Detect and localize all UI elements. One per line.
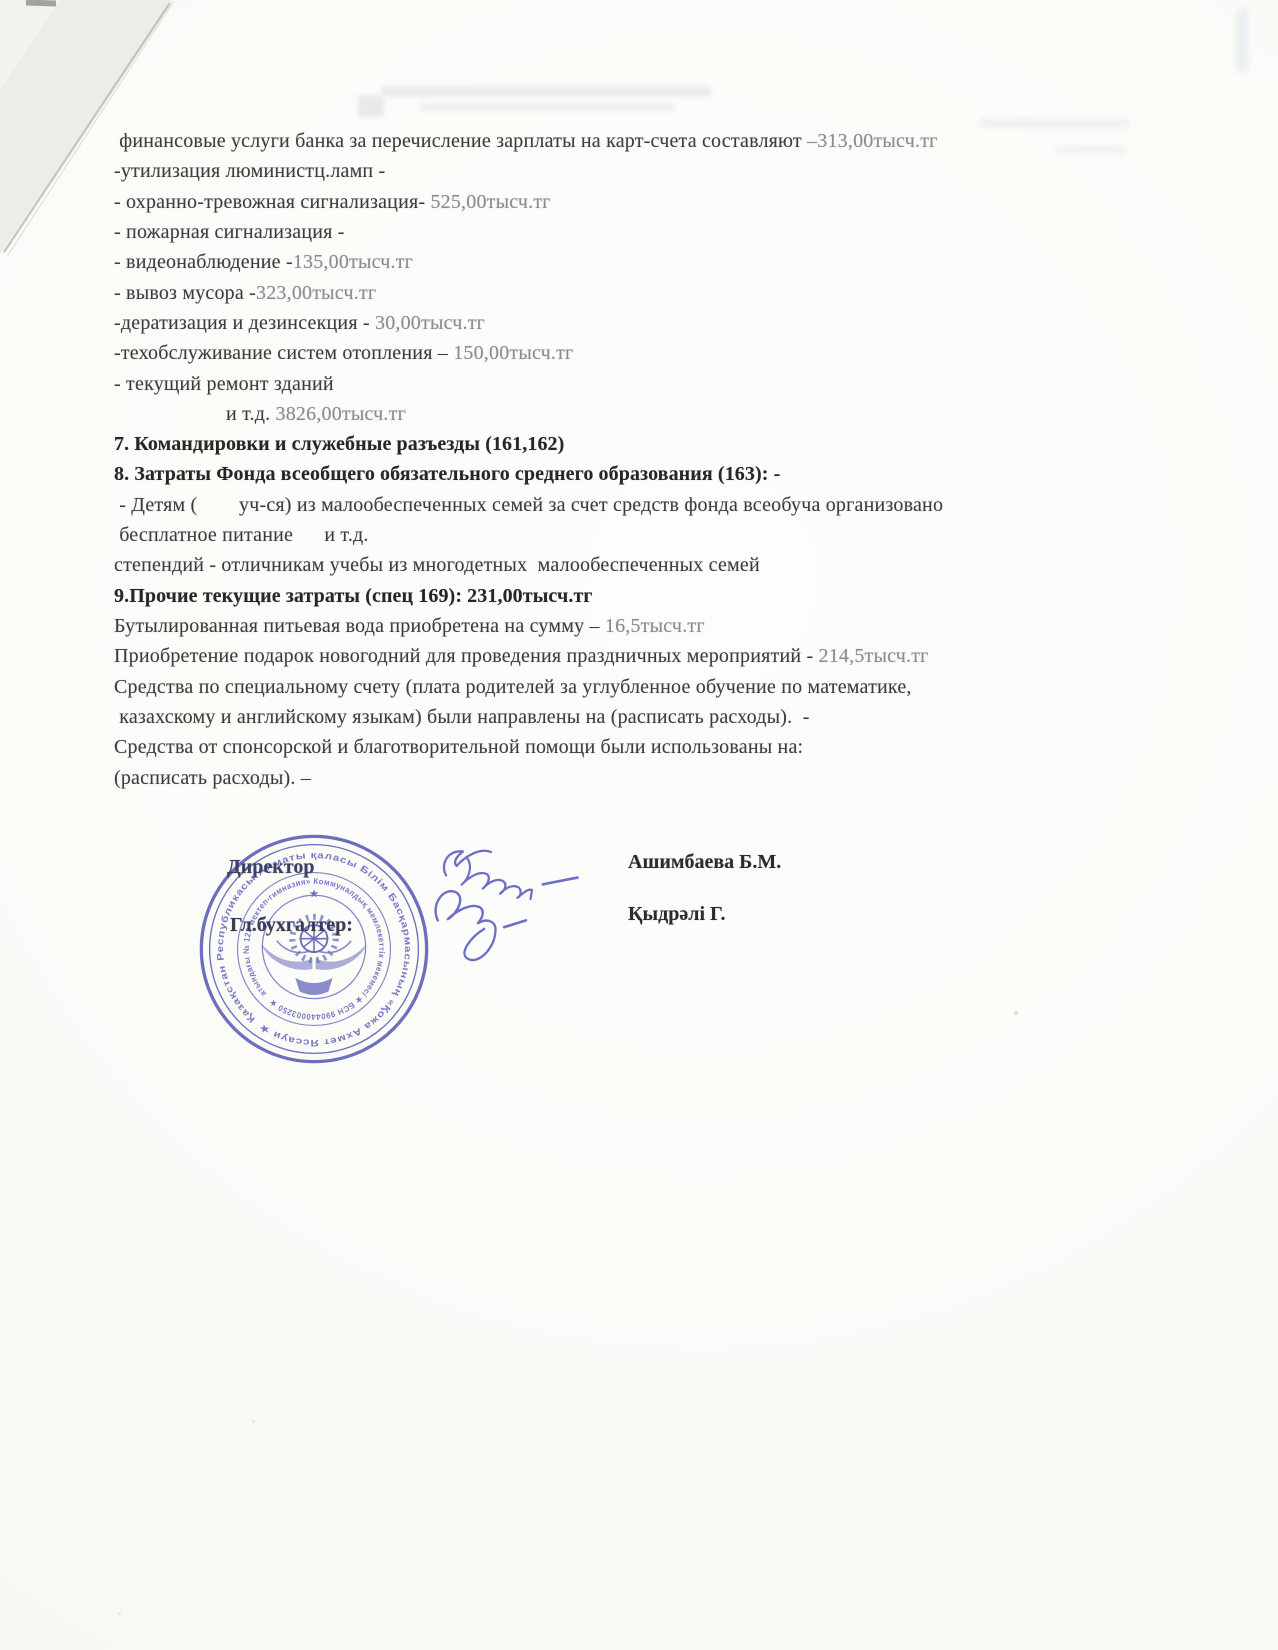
line-text: 8. Затраты Фонда всеобщего обязательного… (114, 463, 780, 485)
line-text: - охранно-тревожная сигнализация- (114, 191, 430, 213)
document-line: - пожарная сигнализация - (114, 217, 974, 247)
amount-text: 525,00тысч.тг (430, 191, 550, 213)
coat-of-arms-emblem: ★ (262, 888, 365, 995)
line-text: - пожарная сигнализация - (114, 221, 345, 243)
document-line: 9.Прочие текущие затраты (спец 169): 231… (114, 581, 974, 611)
document-line: 8. Затраты Фонда всеобщего обязательного… (114, 459, 974, 489)
line-text: - вывоз мусора - (114, 282, 256, 304)
document-line: и т.д. 3826,00тысч.тг (114, 399, 974, 429)
line-text: бесплатное питание и т.д. (114, 524, 369, 546)
line-text: и т.д. (226, 403, 276, 425)
accountant-label: Гл.бухгалтер: (230, 914, 353, 937)
line-text: (расписать расходы). – (114, 767, 311, 789)
document-line: финансовые услуги банка за перечисление … (114, 126, 974, 156)
scan-streak (1236, 8, 1249, 72)
line-text: финансовые услуги банка за перечисление … (114, 130, 807, 152)
scan-smudge (26, 0, 56, 7)
director-name: Ашимбаева Б.М. (628, 851, 781, 874)
line-text: - Детям ( уч-ся) из малообеспеченных сем… (114, 494, 943, 516)
ghost-text (980, 118, 1130, 128)
amount-text: 135,00тысч.тг (293, 251, 413, 273)
line-text: -дератизация и дезинсекция - (114, 312, 375, 334)
ghost-text (382, 86, 712, 97)
emblem-banner (295, 978, 332, 995)
amount-text: 214,5тысч.тг (819, 645, 929, 667)
accountant-name: Қыдрәлі Г. (628, 903, 725, 926)
document-line: -техобслуживание систем отопления – 150,… (114, 338, 974, 368)
document-line: - Детям ( уч-ся) из малообеспеченных сем… (114, 490, 974, 520)
line-text: 7. Командировки и служебные разъезды (16… (114, 433, 564, 455)
line-text: -утилизация люминистц.ламп - (114, 160, 385, 182)
document-line: - текущий ремонт зданий (114, 369, 974, 399)
document-line: степендий - отличникам учебы из многодет… (114, 550, 974, 580)
line-text: Средства от спонсорской и благотворитель… (114, 736, 803, 758)
document-line: 7. Командировки и служебные разъезды (16… (114, 429, 974, 459)
scan-speck (1014, 1011, 1018, 1015)
amount-text: –313,00тысч.тг (807, 130, 937, 152)
amount-text: 150,00тысч.тг (453, 342, 573, 364)
document-line: казахскому и английскому языкам) были на… (114, 702, 974, 732)
document-line: -утилизация люминистц.ламп - (114, 156, 974, 186)
line-text: -техобслуживание систем отопления – (114, 342, 453, 364)
line-text: Бутылированная питьевая вода приобретена… (114, 615, 605, 637)
scanned-page: финансовые услуги банка за перечисление … (0, 0, 1278, 1650)
director-label: Директор (227, 856, 315, 879)
ghost-mark (358, 95, 384, 117)
document-line: Средства по специальному счету (плата ро… (114, 672, 974, 702)
scan-speck (118, 1612, 121, 1615)
line-text: Средства по специальному счету (плата ро… (114, 676, 912, 698)
line-text: - видеонаблюдение - (114, 251, 293, 273)
line-text: казахскому и английскому языкам) были на… (114, 706, 810, 728)
document-line: Приобретение подарок новогодний для пров… (114, 641, 974, 671)
amount-text: 16,5тысч.тг (605, 615, 705, 637)
accountant-signature (418, 871, 541, 975)
ghost-text (420, 103, 675, 111)
document-line: - охранно-тревожная сигнализация- 525,00… (114, 187, 974, 217)
amount-text: 30,00тысч.тг (375, 312, 485, 334)
line-text: степендий - отличникам учебы из многодет… (114, 554, 760, 576)
line-text: 9.Прочие текущие затраты (спец 169): 231… (114, 585, 593, 607)
emblem-star-icon: ★ (309, 888, 319, 900)
document-line: - видеонаблюдение -135,00тысч.тг (114, 247, 974, 277)
line-text: Приобретение подарок новогодний для пров… (114, 645, 819, 667)
scan-speck (252, 1420, 255, 1423)
ghost-text (1055, 146, 1125, 154)
amount-text: 3826,00тысч.тг (276, 403, 406, 425)
document-line: Средства от спонсорской и благотворитель… (114, 732, 974, 762)
line-text: - текущий ремонт зданий (114, 373, 334, 395)
document-line: (расписать расходы). – (114, 763, 974, 793)
document-line: - вывоз мусора -323,00тысч.тг (114, 278, 974, 308)
document-line: -дератизация и дезинсекция - 30,00тысч.т… (114, 308, 974, 338)
document-line: бесплатное питание и т.д. (114, 520, 974, 550)
document-line: Бутылированная питьевая вода приобретена… (114, 611, 974, 641)
document-body: финансовые услуги банка за перечисление … (114, 126, 974, 793)
amount-text: 323,00тысч.тг (256, 282, 376, 304)
